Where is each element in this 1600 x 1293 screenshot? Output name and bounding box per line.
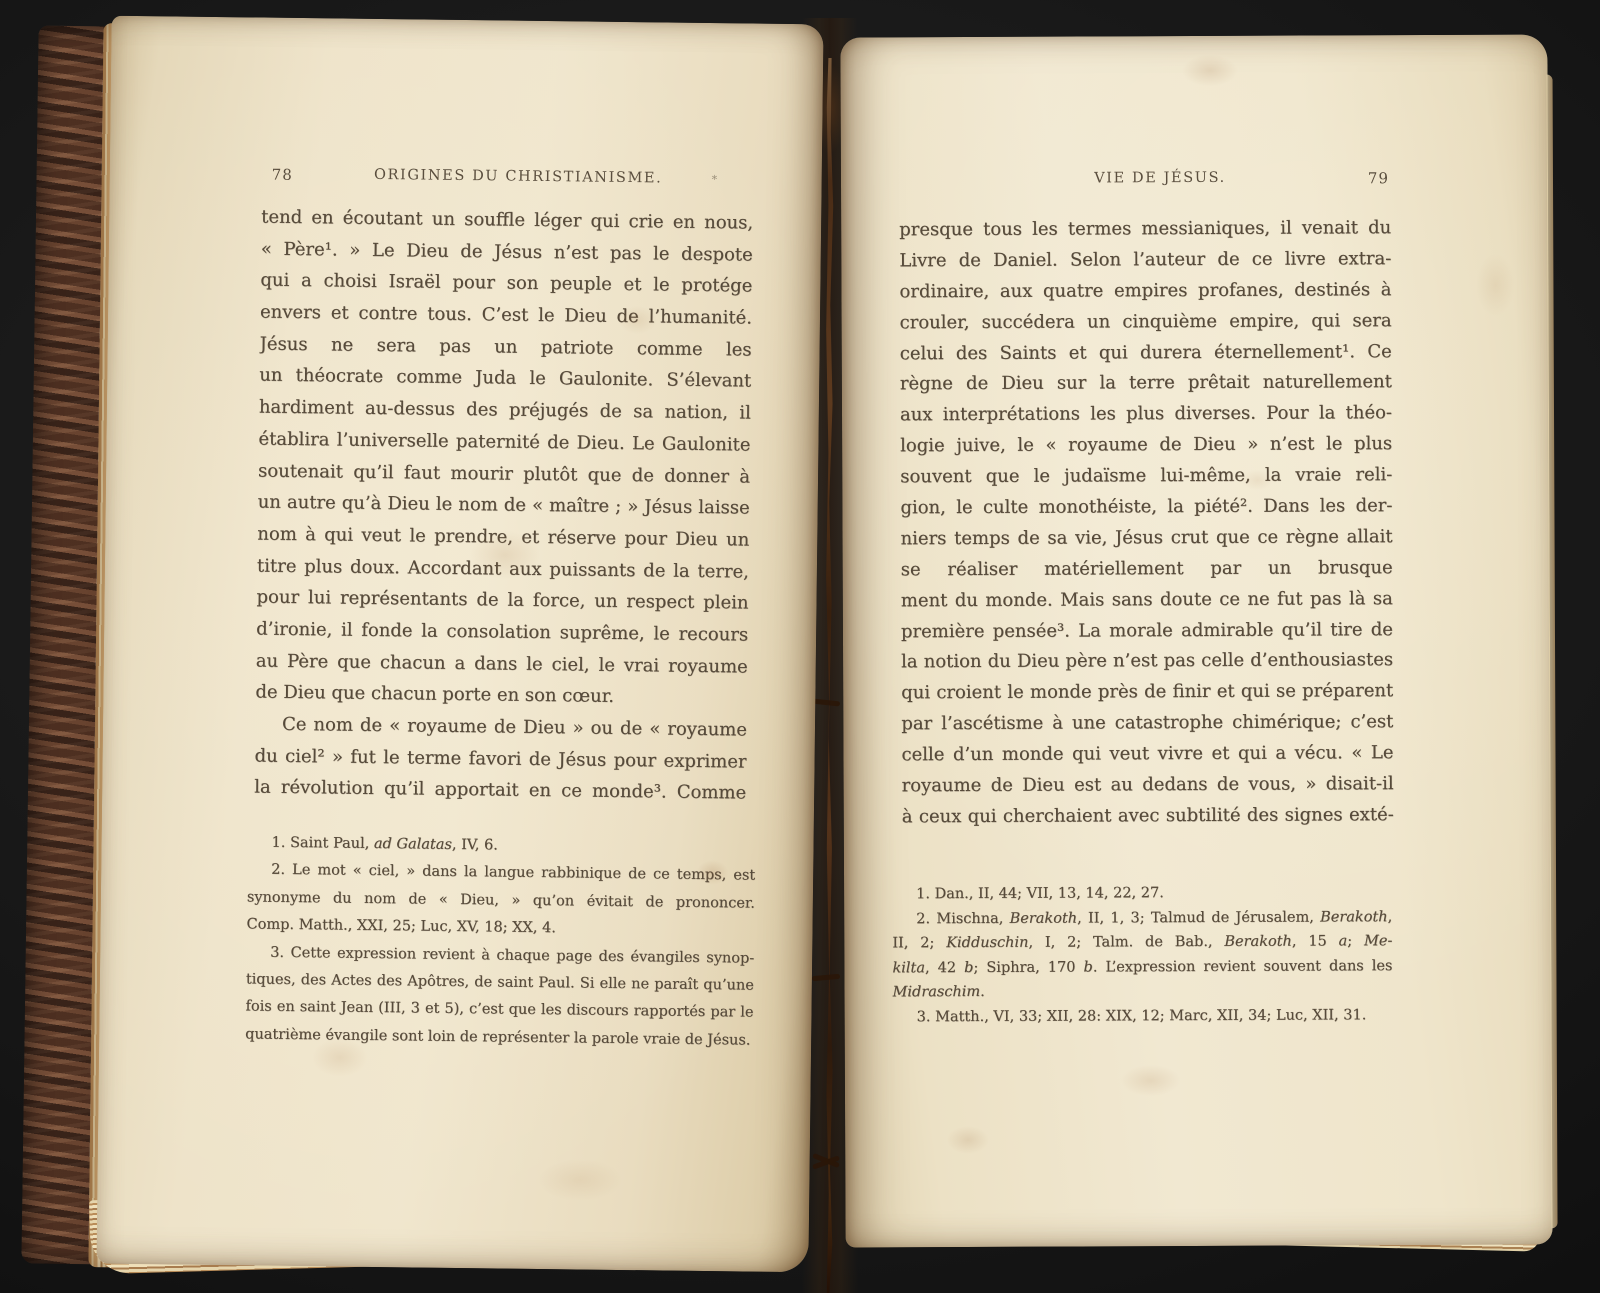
- left-footnotes: 1. Saint Paul, ad Galatas, IV, 6.2. Le m…: [245, 829, 756, 1054]
- left-page-header: 78 ORIGINES DU CHRISTIANISME. *: [260, 166, 755, 196]
- text-line: à ceux qui cherchaient avec subtilité de…: [902, 800, 1394, 833]
- paragraph: presque tous les termes messianiques, il…: [899, 213, 1394, 833]
- text-line: kilta, 42 b; Siphra, 170 b. L’expression…: [892, 954, 1392, 981]
- stitch-thread: [812, 699, 840, 707]
- text-line: par l’ascétisme à une catastrophe chimér…: [901, 707, 1393, 740]
- text-line: gion, le culte monothéiste, la piété². D…: [900, 491, 1392, 524]
- right-running-title: VIE DE JÉSUS.: [899, 169, 1391, 187]
- printer-signature-mark: *: [712, 173, 718, 186]
- paragraph: 3. Matth., VI, 33; XII, 28: XIX, 12; Mar…: [893, 1003, 1393, 1030]
- text-line: 2. Mischna, Berakoth, II, 1, 3; Talmud d…: [892, 905, 1392, 932]
- text-line: celle d’un monde qui veut vivre et qui a…: [901, 738, 1393, 771]
- binding-crack: [822, 58, 838, 1293]
- right-page: VIE DE JÉSUS. 79 presque tous les termes…: [840, 34, 1552, 1247]
- paragraph: 3. Cette expression revient à chaque pag…: [245, 939, 754, 1055]
- text-line: celui des Saints et qui durera éternelle…: [900, 337, 1392, 370]
- text-line: II, 2; Kidduschin, I, 2; Talm. de Bab., …: [892, 929, 1392, 956]
- right-page-number: 79: [1368, 169, 1389, 187]
- text-line: Midraschim.: [892, 978, 1392, 1005]
- text-line: souvent que le judaïsme lui-même, la vra…: [900, 460, 1392, 493]
- text-line: royaume de Dieu est au dedans de vous, »…: [902, 769, 1394, 802]
- left-page: 78 ORIGINES DU CHRISTIANISME. * tend en …: [96, 16, 823, 1273]
- text-line: quatrième évangile sont loin de représen…: [245, 1021, 753, 1055]
- text-line: aux interprétations les plus diverses. P…: [900, 398, 1392, 431]
- antique-book-photograph: 78 ORIGINES DU CHRISTIANISME. * tend en …: [0, 0, 1600, 1293]
- text-line: ordinaire, aux quatre empires profanes, …: [899, 275, 1391, 308]
- text-line: première pensée³. La morale admirable qu…: [901, 615, 1393, 648]
- text-line: crouler, succédera un cinquième empire, …: [900, 306, 1392, 339]
- text-line: la révolution qu’il apportait en ce mond…: [254, 772, 746, 810]
- left-page-number: 78: [272, 166, 293, 184]
- left-body-text: tend en écoutant un souffle léger qui cr…: [254, 202, 753, 810]
- paragraph: 2. Le mot « ciel, » dans la langue rabbi…: [246, 857, 755, 945]
- text-line: niers temps de sa vie, Jésus crut que ce…: [900, 522, 1392, 555]
- text-line: se réaliser matériellement par un brusqu…: [901, 553, 1393, 586]
- text-line: la notion du Dieu père n’est pas celle d…: [901, 646, 1393, 679]
- right-body-text: presque tous les termes messianiques, il…: [899, 213, 1394, 833]
- text-line: presque tous les termes messianiques, il…: [899, 213, 1391, 246]
- text-line: Livre de Daniel. Selon l’auteur de ce li…: [899, 244, 1391, 277]
- paragraph: 1. Dan., II, 44; VII, 13, 14, 22, 27.: [892, 880, 1392, 907]
- paragraph: Ce nom de « royaume de Dieu » ou de « ro…: [254, 709, 747, 810]
- text-line: ment du monde. Mais sans doute ce ne fut…: [901, 584, 1393, 617]
- text-line: qui croient le monde près de finir et qu…: [901, 677, 1393, 710]
- text-line: 3. Matth., VI, 33; XII, 28: XIX, 12; Mar…: [893, 1003, 1393, 1030]
- stitch-thread: [812, 974, 840, 981]
- text-line: logie juive, le « royaume de Dieu » n’es…: [900, 429, 1392, 462]
- paragraph: tend en écoutant un souffle léger qui cr…: [255, 202, 753, 715]
- text-line: établira l’universelle paternité de Dieu…: [258, 423, 750, 461]
- left-running-title: ORIGINES DU CHRISTIANISME.: [260, 166, 755, 188]
- text-line: 1. Dan., II, 44; VII, 13, 14, 22, 27.: [892, 880, 1392, 907]
- right-page-header: VIE DE JÉSUS. 79: [899, 169, 1391, 195]
- right-footnotes: 1. Dan., II, 44; VII, 13, 14, 22, 27.2. …: [892, 880, 1393, 1029]
- text-line: règne de Dieu sur la terre prêtait natur…: [900, 368, 1392, 401]
- paragraph: 2. Mischna, Berakoth, II, 1, 3; Talmud d…: [892, 905, 1392, 1005]
